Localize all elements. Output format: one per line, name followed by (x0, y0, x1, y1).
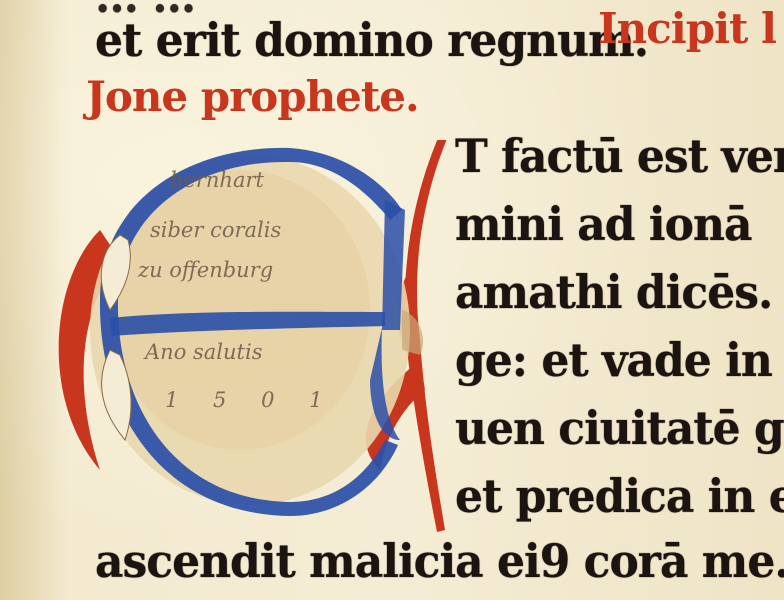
column-line-6: et predica in e (455, 470, 784, 524)
ownership-note-line-1: bernhart (170, 168, 264, 192)
text-line-1: et erit domino regnum. (95, 14, 648, 68)
text-line-bottom: ascendit malicia ei9 corā me. Et (95, 535, 784, 589)
ownership-note-date: 1 5 0 1 (165, 388, 336, 412)
column-line-1: T factū est verb (455, 130, 784, 184)
column-line-2: mini ad ionā (455, 198, 751, 252)
ownership-note-line-4: Ano salutis (145, 340, 262, 364)
rubric-incipit: Incipit l (598, 4, 776, 53)
ownership-note-line-2: siber coralis (150, 218, 281, 242)
column-line-5: uen ciuitatē gra (455, 402, 784, 456)
ownership-note-line-3: zu offenburg (138, 258, 273, 282)
column-line-3: amathi dicēs. (455, 266, 772, 320)
rubric-jone-prophete: Jone prophete. (86, 72, 419, 121)
column-line-4: ge: et vade in (455, 334, 772, 388)
